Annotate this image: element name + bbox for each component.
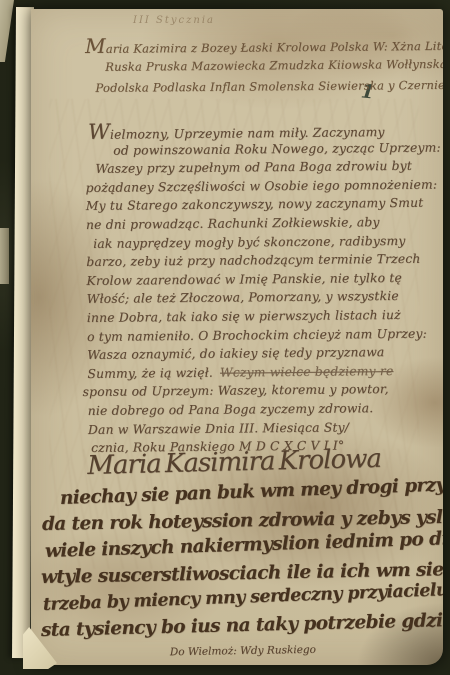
- letter-line-with-deletion: Summy, że ią wzięł.Wczym wielce będziemy…: [87, 361, 443, 383]
- royal-title-block: Maria Kazimira z Bozey Łaski Krolowa Pol…: [85, 32, 443, 99]
- photo-backdrop: III Stycznia 1 Maria Kazimira z Bozey Ła…: [0, 0, 450, 675]
- autograph-postscript: niechay sie pan buk wm mey drogi przyiac…: [39, 486, 443, 644]
- royal-title-line: Maria Kazimira z Bozey Łaski Krolowa Pol…: [85, 32, 443, 57]
- manuscript-page: III Stycznia 1 Maria Kazimira z Bozey Ła…: [31, 9, 443, 665]
- underlying-page-corner: [0, 0, 14, 62]
- archival-top-note: III Stycznia: [133, 15, 333, 26]
- royal-title-line: Ruska Pruska Mazowiecka Zmudzka Kiiowska…: [105, 53, 443, 77]
- royal-title-line: Podolska Podlaska Inflan Smolenska Siewi…: [95, 74, 443, 99]
- struck-out-text: Wczym wielce będziemy re: [220, 364, 394, 380]
- underlying-page-edge-fragment: [0, 228, 9, 284]
- letter-line: My tu Starego zakonczywszy, nowy zaczyna…: [86, 194, 442, 216]
- address-line: Do Wielmoż: Wdy Ruskiego: [170, 644, 316, 659]
- letter-body: Wielmozny, Uprzeymie nam miły. Zaczynamy…: [80, 120, 443, 458]
- letter-line: o tym namieniło. O Brochockim chcieyż na…: [87, 324, 443, 346]
- letter-line-text: Summy, że ią wzięł.: [87, 365, 213, 380]
